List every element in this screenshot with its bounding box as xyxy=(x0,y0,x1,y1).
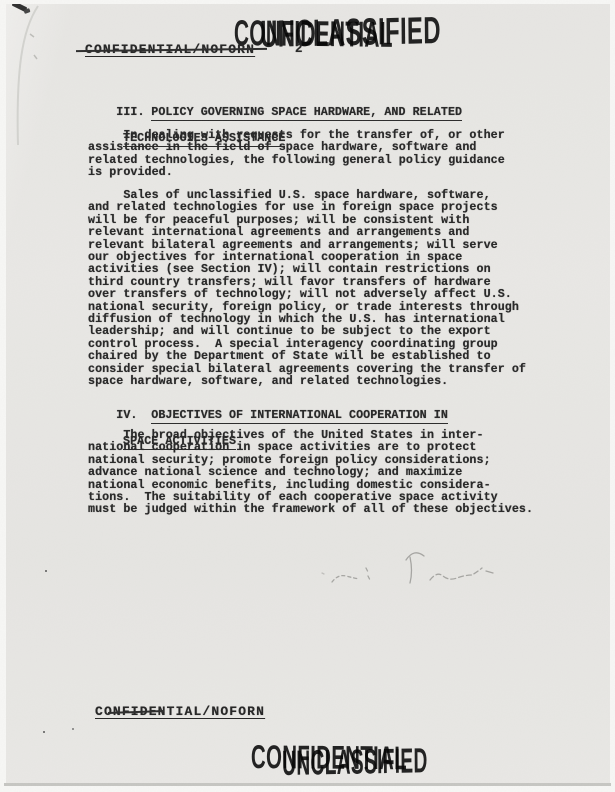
scan-edge-bottom xyxy=(0,786,615,792)
section-iv-paragraph-1: The broad objectives of the United State… xyxy=(88,429,533,516)
classification-header: CONFIDENTIAL/NOFORN xyxy=(85,42,255,57)
dust-speck xyxy=(43,731,45,733)
section-iii-paragraph-1: In dealing with requests for the transfe… xyxy=(88,129,505,179)
unclassified-stamp-bottom: UNCLASSIFIED xyxy=(282,743,428,781)
page-number: 2 xyxy=(295,42,303,56)
scan-edge-right xyxy=(610,0,615,792)
section-iii-title-line1: POLICY GOVERNING SPACE HARDWARE, AND REL… xyxy=(151,105,462,121)
dust-speck xyxy=(72,728,74,730)
section-iii-number: III. xyxy=(116,106,151,119)
classification-footer: CONFIDENTIAL/NOFORN xyxy=(95,704,265,719)
dust-speck xyxy=(45,570,47,572)
section-iv-title-line1: OBJECTIVES OF INTERNATIONAL COOPERATION … xyxy=(151,408,448,424)
scan-edge-left xyxy=(0,0,6,792)
scan-edge-top xyxy=(0,0,615,4)
section-iii-paragraph-2: Sales of unclassified U.S. space hardwar… xyxy=(88,189,526,388)
scan-smudge-artifact xyxy=(23,8,30,14)
unclassified-stamp-top: UNCLASSIFIED xyxy=(260,12,441,54)
scanned-document-page: CONFIDENTIAL UNCLASSIFIED CONFIDENTIAL/N… xyxy=(0,0,615,792)
handwritten-signature xyxy=(318,540,518,600)
section-iv-number: IV. xyxy=(116,409,151,422)
scan-curve-artifact xyxy=(0,0,60,150)
